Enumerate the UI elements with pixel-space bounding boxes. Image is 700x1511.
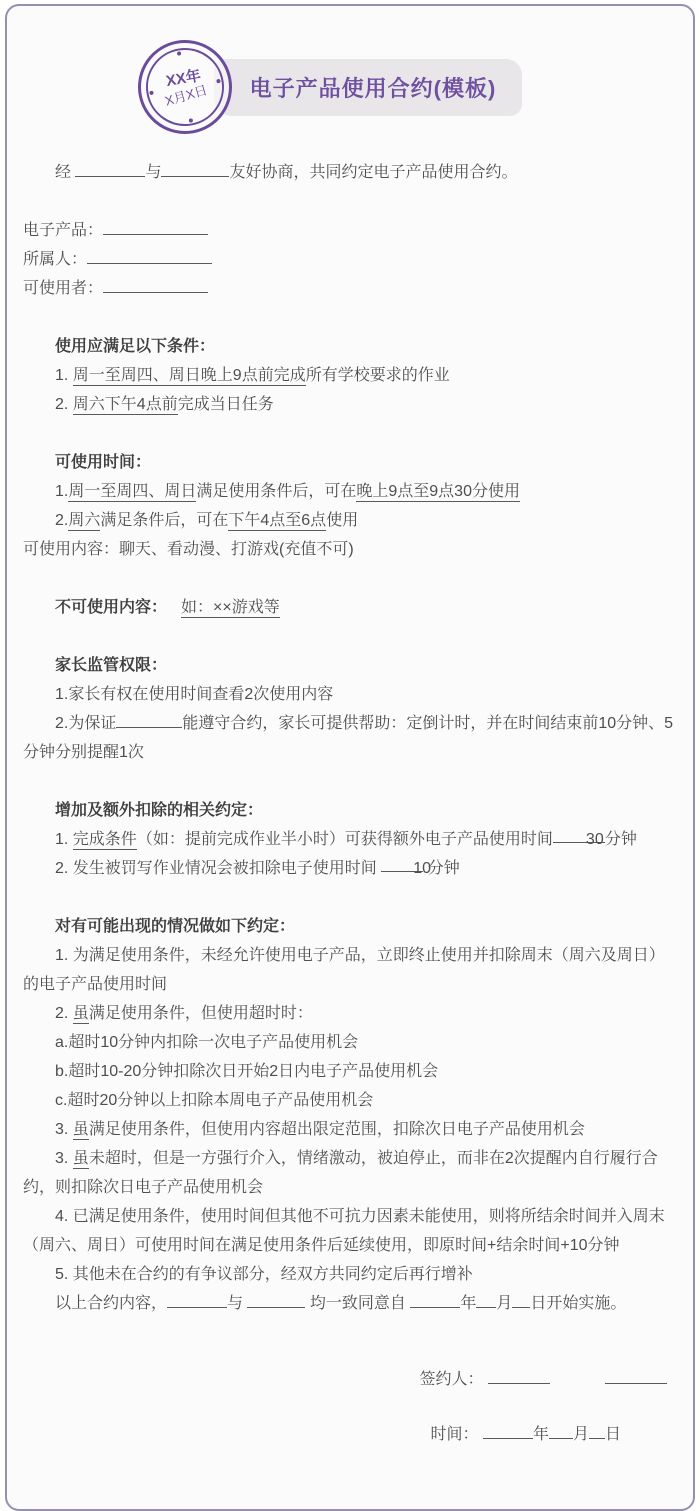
text-segment: 1. — [55, 483, 68, 500]
text-segment: 签约人： — [420, 1371, 488, 1388]
text-segment: 可使用内容：聊天、看动漫、打游戏(充值不可) — [23, 541, 354, 558]
blank-gap — [23, 883, 677, 912]
text-segment: 使用 — [326, 512, 358, 529]
contract-card: XX年 X月X日 电子产品使用合约(模板) 经 与友好协商，共同约定电子产品使用… — [5, 4, 695, 1511]
stamp-dot-icon — [176, 51, 181, 56]
text-segment: 晚上9点至9点30分使用 — [356, 483, 520, 502]
text-segment: a.超时10分钟内扣除一次电子产品使用机会 — [55, 1034, 358, 1051]
text-segment: 1. — [55, 831, 73, 848]
section-heading-text: 可使用时间： — [55, 454, 151, 471]
signature-line: 签约人： — [23, 1365, 677, 1394]
text-segment: c.超时20分钟以上扣除本周电子产品使用机会 — [55, 1092, 373, 1109]
text-segment: 虽 — [73, 1121, 89, 1140]
text-segment: 均一致同意自 — [305, 1295, 410, 1312]
contract-line: 1. 为满足使用条件，未经允许使用电子产品，立即终止使用并扣除周末（周六及周日）… — [23, 941, 677, 999]
page-title: 电子产品使用合约(模板) — [250, 72, 497, 103]
text-segment: 月 — [573, 1426, 589, 1443]
fill-blank — [87, 246, 212, 264]
fill-blank — [167, 1290, 227, 1308]
contract-line: 家长监管权限： — [23, 651, 677, 680]
text-segment: b.超时10-20分钟扣除次日开始2日内电子产品使用机会 — [55, 1063, 438, 1080]
blank-gap — [23, 419, 677, 448]
fill-blank — [410, 1290, 460, 1308]
text-segment: 2. — [55, 512, 68, 529]
title-badge: 电子产品使用合约(模板) — [214, 59, 523, 116]
contract-line: 2.周六满足条件后，可在下午4点至6点使用 — [23, 506, 677, 535]
fill-blank — [247, 1290, 305, 1308]
contract-header: XX年 X月X日 电子产品使用合约(模板) — [23, 40, 637, 134]
fill-blank: 10 — [381, 854, 423, 872]
contract-line: 不可使用内容：如：××游戏等 — [23, 593, 677, 622]
text-segment: 以上合约内容， — [55, 1295, 167, 1312]
text-segment: 5. 其他未在合约的有争议部分，经双方共同约定后再行增补 — [55, 1266, 473, 1283]
contract-line: 2. 周六下午4点前完成当日任务 — [23, 390, 677, 419]
contract-line: 对有可能出现的情况做如下约定： — [23, 912, 677, 941]
contract-line: 3. 虽未超时，但是一方强行介入，情绪激动，被迫停止，而非在2次提醒内自行履行合… — [23, 1144, 677, 1202]
text-segment: 友好协商，共同约定电子产品使用合约。 — [229, 164, 517, 181]
blank-gap — [23, 1318, 677, 1347]
fill-blank — [488, 1366, 550, 1384]
section-heading-text: 使用应满足以下条件： — [55, 338, 215, 355]
blank-gap — [23, 564, 677, 593]
text-segment: 未超时，但是一方强行介入，情绪激动，被迫停止，而非在2次提醒内自行履行合约，则扣… — [23, 1150, 658, 1196]
intro-line: 经 与友好协商，共同约定电子产品使用合约。 — [23, 158, 677, 187]
contract-body: 经 与友好协商，共同约定电子产品使用合约。电子产品：所属人：可使用者：使用应满足… — [23, 158, 677, 1449]
text-segment: 电子产品： — [23, 222, 103, 239]
text-segment: 满足使用条件后，可在 — [196, 483, 356, 500]
fill-blank — [512, 1290, 530, 1308]
contract-line: 增加及额外扣除的相关约定： — [23, 796, 677, 825]
text-segment: 时间： — [431, 1426, 483, 1443]
field-line: 所属人： — [23, 245, 677, 274]
fill-blank — [483, 1421, 533, 1439]
text-segment: 满足使用条件，但使用超时时： — [89, 1005, 313, 1022]
text-segment: 周六 — [68, 512, 100, 531]
text-segment: 满足条件后，可在 — [100, 512, 228, 529]
text-segment: 下午4点至6点 — [228, 512, 326, 531]
text-segment: 与 — [145, 164, 161, 181]
text-segment: 年 — [533, 1426, 549, 1443]
fill-blank: 30 — [553, 825, 605, 843]
text-segment: 虽 — [73, 1150, 89, 1169]
contract-line: 2.为保证能遵守合约，家长可提供帮助：定倒计时，并在时间结束前10分钟、5分钟分… — [23, 709, 677, 767]
field-line: 电子产品： — [23, 216, 677, 245]
text-segment: 2. 发生被罚写作业情况会被扣除电子使用时间 — [55, 860, 381, 877]
text-segment: 完成条件 — [73, 831, 137, 850]
text-segment: 所有学校要求的作业 — [306, 367, 450, 384]
date-stamp: XX年 X月X日 — [130, 33, 239, 142]
text-segment: 4. 已满足使用条件，使用时间但其他不可抗力因素未能使用，则将所结余时间并入周末… — [23, 1208, 665, 1254]
text-segment: （如：提前完成作业半小时）可获得额外电子产品使用时间 — [137, 831, 553, 848]
text-segment: 虽 — [73, 1005, 89, 1024]
section-heading-text: 不可使用内容： — [55, 599, 167, 616]
stamp-date-text: X月X日 — [163, 82, 209, 109]
contract-line: 可使用时间： — [23, 448, 677, 477]
contract-line: 以上合约内容，与 均一致同意自 年月日开始实施。 — [23, 1289, 677, 1318]
contract-line: 1. 周一至周四、周日晚上9点前完成所有学校要求的作业 — [23, 361, 677, 390]
text-segment: 可使用者： — [23, 280, 103, 297]
fill-blank — [103, 217, 208, 235]
text-segment: 日开始实施。 — [530, 1295, 626, 1312]
section-heading-text: 家长监管权限： — [55, 657, 167, 674]
contract-line: a.超时10分钟内扣除一次电子产品使用机会 — [23, 1028, 677, 1057]
text-segment: 年 — [460, 1295, 476, 1312]
stamp-dot-icon — [216, 79, 221, 84]
text-segment: 3. — [55, 1121, 73, 1138]
text-segment: 如：××游戏等 — [181, 599, 280, 618]
text-segment: 2. — [55, 1005, 73, 1022]
text-segment: 与 — [227, 1295, 247, 1312]
section-heading-text: 增加及额外扣除的相关约定： — [55, 802, 263, 819]
blank-gap — [23, 303, 677, 332]
field-line: 可使用者： — [23, 274, 677, 303]
text-segment: 1. 为满足使用条件，未经允许使用电子产品，立即终止使用并扣除周末（周六及周日）… — [23, 947, 665, 993]
text-segment: 1.家长有权在使用时间查看2次使用内容 — [55, 686, 333, 703]
spacer — [550, 1383, 605, 1384]
fill-blank — [161, 159, 229, 177]
blank-gap — [23, 622, 677, 651]
stamp-dot-icon — [188, 118, 193, 123]
contract-line: 1.家长有权在使用时间查看2次使用内容 — [23, 680, 677, 709]
text-segment: 周一至周四、周日晚上9点前完成 — [73, 367, 306, 386]
contract-line: c.超时20分钟以上扣除本周电子产品使用机会 — [23, 1086, 677, 1115]
contract-line: 2. 虽满足使用条件，但使用超时时： — [23, 999, 677, 1028]
text-segment: 周六下午4点前 — [73, 396, 178, 415]
text-segment: 经 — [55, 164, 75, 181]
contract-line: 2. 发生被罚写作业情况会被扣除电子使用时间 10 分钟 — [23, 854, 677, 883]
text-segment: 分钟 — [423, 860, 459, 877]
stamp-dot-icon — [149, 91, 154, 96]
fill-blank — [605, 1366, 667, 1384]
text-segment: 2.为保证 — [55, 715, 116, 732]
contract-line: 1.周一至周四、周日满足使用条件后，可在晚上9点至9点30分使用 — [23, 477, 677, 506]
text-segment: 所属人： — [23, 251, 87, 268]
contract-line: 4. 已满足使用条件，使用时间但其他不可抗力因素未能使用，则将所结余时间并入周末… — [23, 1202, 677, 1260]
text-segment: 2. — [55, 396, 73, 413]
text-segment: 完成当日任务 — [178, 396, 274, 413]
contract-line: 使用应满足以下条件： — [23, 332, 677, 361]
text-segment: 满足使用条件，但使用内容超出限定范围，扣除次日电子产品使用机会 — [89, 1121, 585, 1138]
contract-line: 1. 完成条件（如：提前完成作业半小时）可获得额外电子产品使用时间30分钟 — [23, 825, 677, 854]
section-heading-text: 对有可能出现的情况做如下约定： — [55, 918, 295, 935]
fill-blank — [549, 1421, 573, 1439]
blank-gap — [23, 187, 677, 216]
contract-line: 5. 其他未在合约的有争议部分，经双方共同约定后再行增补 — [23, 1260, 677, 1289]
text-segment: 分钟 — [605, 831, 637, 848]
fill-blank — [589, 1421, 605, 1439]
field-line: 可使用内容：聊天、看动漫、打游戏(充值不可) — [23, 535, 677, 564]
contract-line: 3. 虽满足使用条件，但使用内容超出限定范围，扣除次日电子产品使用机会 — [23, 1115, 677, 1144]
text-segment: 1. — [55, 367, 73, 384]
fill-blank — [75, 159, 145, 177]
text-segment: 日 — [605, 1426, 621, 1443]
fill-blank — [116, 710, 182, 728]
contract-line: b.超时10-20分钟扣除次日开始2日内电子产品使用机会 — [23, 1057, 677, 1086]
spacer — [167, 611, 181, 612]
date-line: 时间： 年月日 — [23, 1420, 677, 1449]
text-segment: 3. — [55, 1150, 73, 1167]
text-segment: 周一至周四、周日 — [68, 483, 196, 502]
text-segment: 月 — [496, 1295, 512, 1312]
fill-blank — [476, 1290, 496, 1308]
blank-gap — [23, 767, 677, 796]
fill-blank — [103, 275, 208, 293]
